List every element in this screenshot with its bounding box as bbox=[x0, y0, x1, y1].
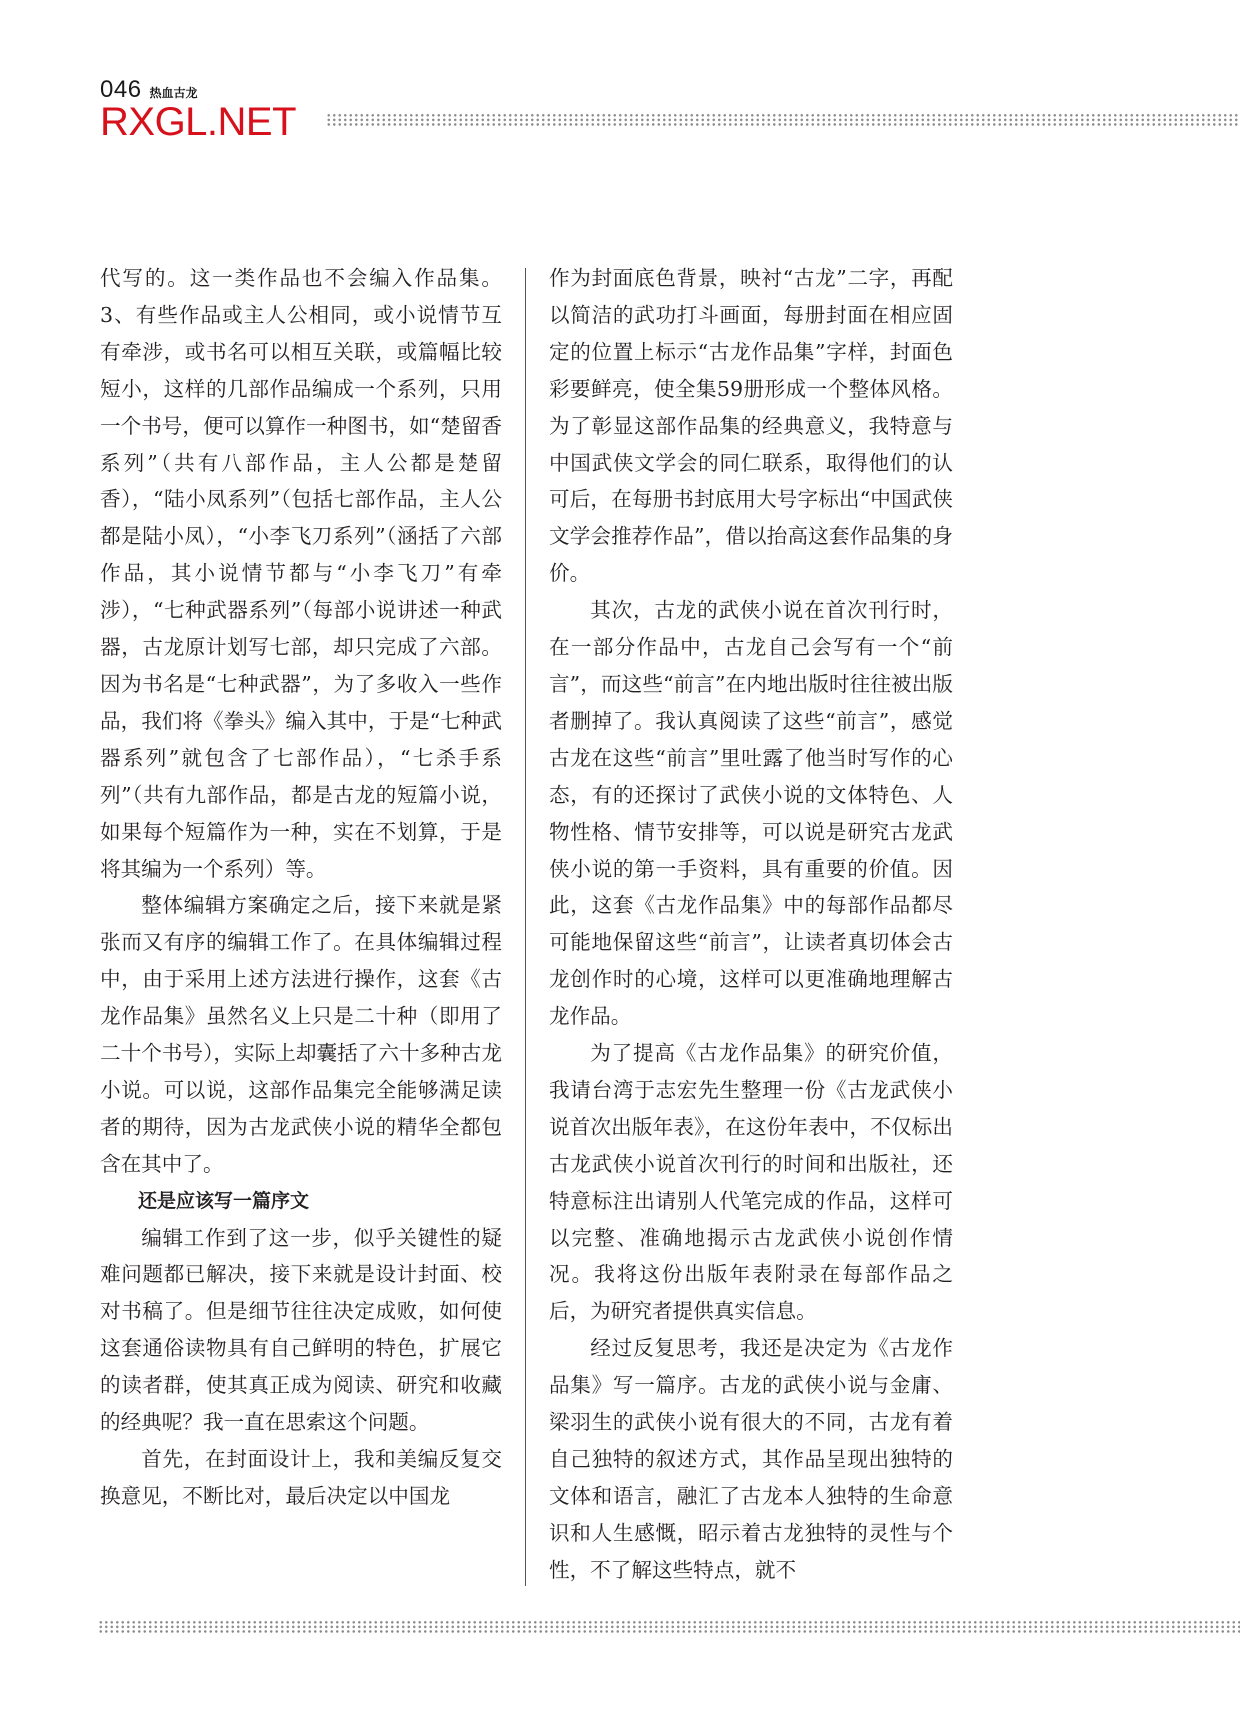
right-column: 作为封面底色背景，映衬“古龙”二字，再配以简洁的武功打斗画面，每册封面在相应固定… bbox=[549, 260, 953, 1589]
paragraph: 作为封面底色背景，映衬“古龙”二字，再配以简洁的武功打斗画面，每册封面在相应固定… bbox=[549, 260, 953, 592]
section-heading: 还是应该写一篇序文 bbox=[100, 1183, 502, 1220]
paragraph: 代写的。这一类作品也不会编入作品集。3、有些作品或主人公相同，或小说情节互有牵涉… bbox=[100, 260, 502, 887]
magazine-name: 热血古龙 bbox=[150, 84, 198, 101]
paragraph: 整体编辑方案确定之后，接下来就是紧张而又有序的编辑工作了。在具体编辑过程中，由于… bbox=[100, 887, 502, 1182]
column-divider bbox=[525, 268, 526, 1586]
paragraph: 首先，在封面设计上，我和美编反复交换意见，不断比对，最后决定以中国龙 bbox=[100, 1441, 502, 1515]
header-dotted-rule bbox=[326, 113, 1240, 127]
paragraph: 编辑工作到了这一步，似乎关键性的疑难问题都已解决，接下来就是设计封面、校对书稿了… bbox=[100, 1220, 502, 1441]
paragraph: 其次，古龙的武侠小说在首次刊行时，在一部分作品中，古龙自己会写有一个“前言”，而… bbox=[549, 592, 953, 1035]
footer-dotted-rule bbox=[98, 1620, 1240, 1634]
left-column: 代写的。这一类作品也不会编入作品集。3、有些作品或主人公相同，或小说情节互有牵涉… bbox=[100, 260, 502, 1515]
paragraph: 为了提高《古龙作品集》的研究价值，我请台湾于志宏先生整理一份《古龙武侠小说首次出… bbox=[549, 1035, 953, 1330]
paragraph: 经过反复思考，我还是决定为《古龙作品集》写一篇序。古龙的武侠小说与金庸、梁羽生的… bbox=[549, 1330, 953, 1588]
page-header: 046 热血古龙 RXGL.NET bbox=[100, 76, 296, 142]
site-name-logo: RXGL.NET bbox=[100, 102, 296, 142]
